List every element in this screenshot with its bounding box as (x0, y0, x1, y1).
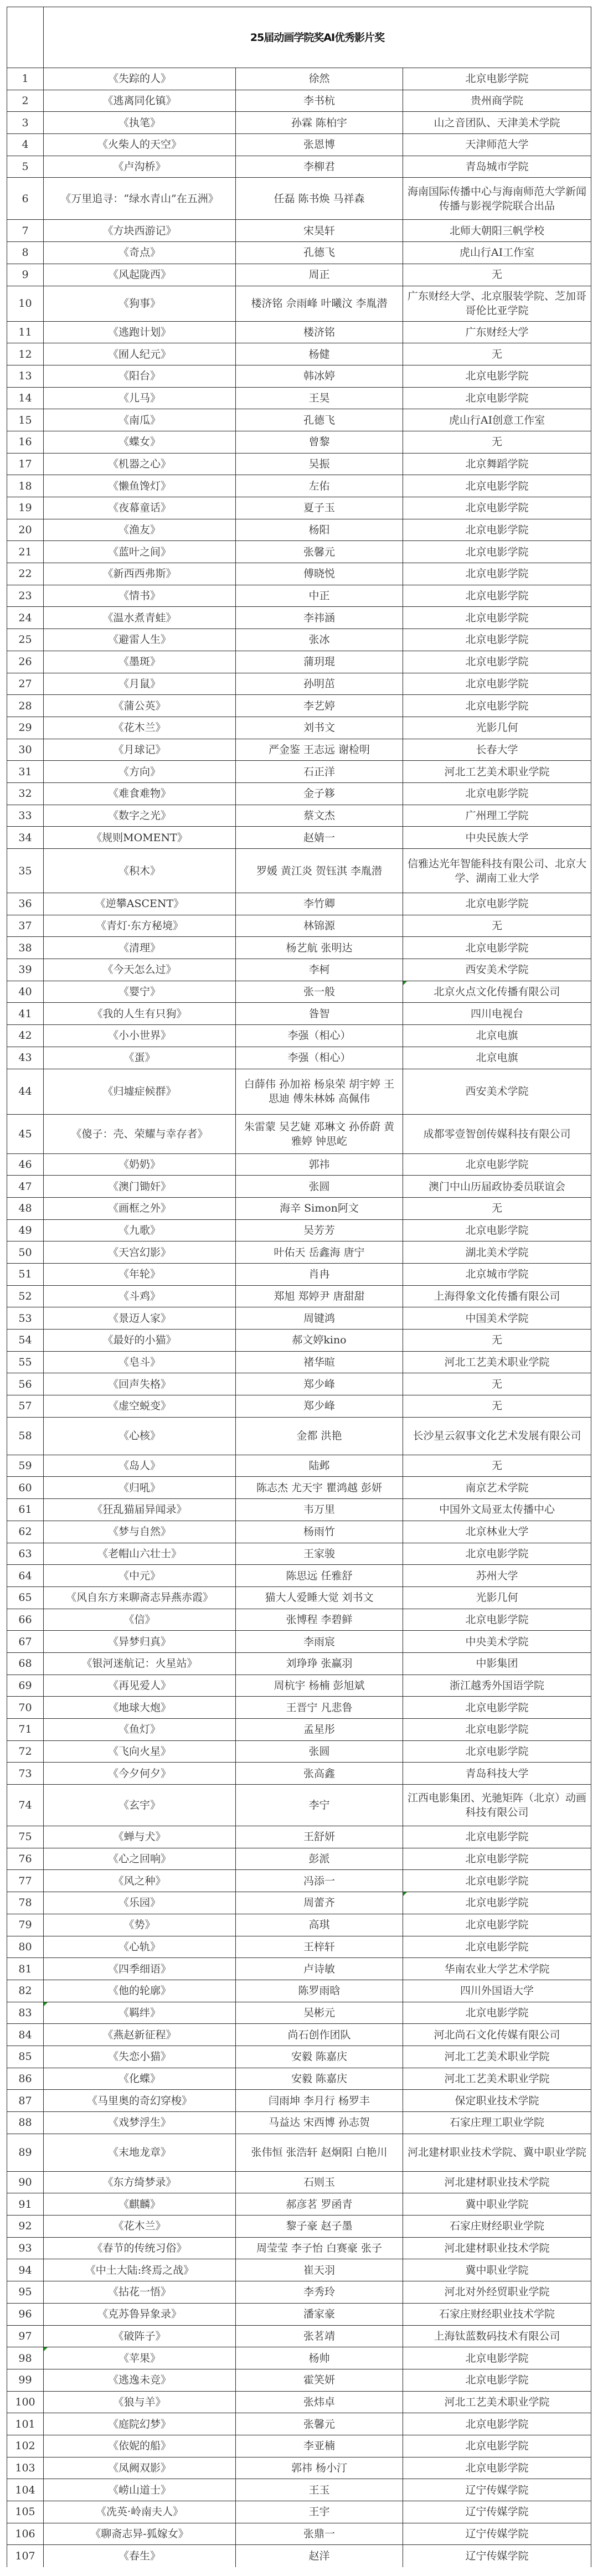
work-title-cell[interactable]: 《聊斋志异-狐嫁女》 (44, 2523, 236, 2545)
organization-cell[interactable]: 冀中职业学院 (403, 2193, 591, 2216)
organization-cell[interactable]: 北京电影学院 (403, 497, 591, 519)
work-title-cell[interactable]: 《他的轮廓》 (44, 1980, 236, 2002)
organization-cell[interactable]: 北京电影学院 (403, 782, 591, 805)
organization-cell[interactable]: 石家庄理工职业学院 (403, 2112, 591, 2134)
organization-cell[interactable]: 长沙星云叙事文化艺术发展有限公司 (403, 1417, 591, 1455)
organization-cell[interactable]: 苏州大学 (403, 1565, 591, 1587)
row-number-cell[interactable]: 53 (7, 1307, 44, 1330)
authors-cell[interactable]: 张茗靖 (236, 2325, 403, 2347)
authors-cell[interactable]: 杨健 (236, 343, 403, 365)
work-title-cell[interactable]: 《失恋小猫》 (44, 2046, 236, 2068)
organization-cell[interactable]: 河北工艺美术职业学院 (403, 1351, 591, 1373)
work-title-cell[interactable]: 《花木兰》 (44, 2216, 236, 2238)
authors-cell[interactable]: 黎子豪 赵子墨 (236, 2216, 403, 2238)
work-title-cell[interactable]: 《风之种》 (44, 1870, 236, 1892)
authors-cell[interactable]: 陆邺 (236, 1455, 403, 1477)
authors-cell[interactable]: 褚华暄 (236, 1351, 403, 1373)
authors-cell[interactable]: 李强（相心） (236, 1025, 403, 1047)
work-title-cell[interactable]: 《方向》 (44, 761, 236, 783)
row-number-cell[interactable]: 100 (7, 2391, 44, 2413)
authors-cell[interactable]: 张馨元 (236, 541, 403, 563)
row-number-cell[interactable]: 64 (7, 1565, 44, 1587)
organization-cell[interactable]: 中央美术学院 (403, 1631, 591, 1653)
organization-cell[interactable]: 中国外文局亚太传播中心 (403, 1499, 591, 1521)
work-title-cell[interactable]: 《今天怎么过》 (44, 959, 236, 981)
organization-cell[interactable]: 北京电影学院 (403, 893, 591, 915)
row-number-cell[interactable]: 88 (7, 2112, 44, 2134)
row-number-cell[interactable]: 99 (7, 2369, 44, 2391)
row-number-cell[interactable]: 70 (7, 1697, 44, 1719)
row-number-cell[interactable]: 11 (7, 321, 44, 343)
row-number-cell[interactable]: 82 (7, 1980, 44, 2002)
row-number-cell[interactable]: 102 (7, 2435, 44, 2457)
authors-cell[interactable]: 潘家豪 (236, 2303, 403, 2325)
organization-cell[interactable]: 四川外国语大学 (403, 1980, 591, 2002)
authors-cell[interactable]: 昝智 (236, 1003, 403, 1025)
authors-cell[interactable]: 宋昊轩 (236, 220, 403, 242)
authors-cell[interactable]: 孔德飞 (236, 242, 403, 264)
organization-cell[interactable]: 北京电影学院 (403, 607, 591, 629)
work-title-cell[interactable]: 《虚空蜕变》 (44, 1395, 236, 1418)
row-number-cell[interactable]: 57 (7, 1395, 44, 1418)
row-number-cell[interactable]: 89 (7, 2134, 44, 2171)
authors-cell[interactable]: 孙明茁 (236, 673, 403, 695)
work-title-cell[interactable]: 《画框之外》 (44, 1197, 236, 1219)
authors-cell[interactable]: 尚石创作团队 (236, 2024, 403, 2046)
organization-cell[interactable]: 北京电影学院 (403, 1740, 591, 1763)
row-number-cell[interactable]: 87 (7, 2090, 44, 2112)
organization-cell[interactable]: 北京电影学院 (403, 1936, 591, 1958)
work-title-cell[interactable]: 《拈花一悟》 (44, 2281, 236, 2304)
authors-cell[interactable]: 李祎涵 (236, 607, 403, 629)
organization-cell[interactable]: 光影几何 (403, 717, 591, 739)
row-number-cell[interactable]: 81 (7, 1958, 44, 1980)
organization-cell[interactable]: 北京电影学院 (403, 651, 591, 673)
authors-cell[interactable]: 杨阳 (236, 519, 403, 541)
work-title-cell[interactable]: 《难食难物》 (44, 782, 236, 805)
authors-cell[interactable]: 霍笑妍 (236, 2369, 403, 2391)
organization-cell[interactable]: 虎山行AI创意工作室 (403, 409, 591, 431)
work-title-cell[interactable]: 《心之回响》 (44, 1848, 236, 1870)
authors-cell[interactable]: 张圆 (236, 1740, 403, 1763)
authors-cell[interactable]: 李艺婷 (236, 695, 403, 717)
row-number-cell[interactable]: 43 (7, 1047, 44, 1069)
authors-cell[interactable]: 张一般 (236, 981, 403, 1003)
authors-cell[interactable]: 郭祎 (236, 1153, 403, 1176)
authors-cell[interactable]: 周正 (236, 264, 403, 286)
row-number-cell[interactable]: 13 (7, 365, 44, 387)
work-title-cell[interactable]: 《情书》 (44, 585, 236, 607)
organization-cell[interactable]: 北京电影学院 (403, 475, 591, 497)
work-title-cell[interactable]: 《今夕何夕》 (44, 1763, 236, 1785)
authors-cell[interactable]: 吴彬元 (236, 2002, 403, 2024)
row-number-cell[interactable]: 35 (7, 849, 44, 893)
work-title-cell[interactable]: 《逆攀ASCENT》 (44, 893, 236, 915)
organization-cell[interactable]: 山之音团队、天津美术学院 (403, 112, 591, 134)
authors-cell[interactable]: 石正洋 (236, 761, 403, 783)
authors-cell[interactable]: 张圆 (236, 1176, 403, 1198)
work-title-cell[interactable]: 《地球大炮》 (44, 1697, 236, 1719)
organization-cell[interactable]: 北京电影学院 (403, 937, 591, 959)
row-number-cell[interactable]: 80 (7, 1936, 44, 1958)
authors-cell[interactable]: 楼济铭 (236, 321, 403, 343)
organization-cell[interactable]: 上海得象文化传播有限公司 (403, 1285, 591, 1307)
authors-cell[interactable]: 李竹卿 (236, 893, 403, 915)
organization-cell[interactable]: 南京艺术学院 (403, 1477, 591, 1499)
row-number-cell[interactable]: 15 (7, 409, 44, 431)
row-number-cell[interactable]: 41 (7, 1003, 44, 1025)
work-title-cell[interactable]: 《再见爱人》 (44, 1675, 236, 1697)
authors-cell[interactable]: 王昊 (236, 387, 403, 409)
row-number-cell[interactable]: 74 (7, 1785, 44, 1826)
organization-cell[interactable]: 江西电影集团、光驰矩阵（北京）动画科技有限公司 (403, 1785, 591, 1826)
row-number-cell[interactable]: 63 (7, 1543, 44, 1565)
authors-cell[interactable]: 李宁 (236, 1785, 403, 1826)
work-title-cell[interactable]: 《风起陇西》 (44, 264, 236, 286)
row-number-cell[interactable]: 67 (7, 1631, 44, 1653)
organization-cell[interactable]: 河北建材职业技术学院、冀中职业学院 (403, 2134, 591, 2171)
row-number-cell[interactable]: 92 (7, 2216, 44, 2238)
work-title-cell[interactable]: 《中土大陆:终焉之战》 (44, 2259, 236, 2281)
row-number-cell[interactable]: 46 (7, 1153, 44, 1176)
work-title-cell[interactable]: 《温水煮青蛙》 (44, 607, 236, 629)
authors-cell[interactable]: 高琪 (236, 1914, 403, 1936)
authors-cell[interactable]: 赵洋 (236, 2545, 403, 2567)
organization-cell[interactable]: 青岛科技大学 (403, 1763, 591, 1785)
work-title-cell[interactable]: 《囿人纪元》 (44, 343, 236, 365)
organization-cell[interactable]: 天津师范大学 (403, 134, 591, 156)
work-title-cell[interactable]: 《方块西游记》 (44, 220, 236, 242)
row-number-cell[interactable]: 60 (7, 1477, 44, 1499)
row-number-cell[interactable]: 91 (7, 2193, 44, 2216)
row-number-cell[interactable]: 86 (7, 2068, 44, 2090)
row-number-cell[interactable]: 17 (7, 453, 44, 475)
organization-cell[interactable]: 辽宁传媒学院 (403, 2479, 591, 2501)
row-number-cell[interactable]: 33 (7, 805, 44, 827)
work-title-cell[interactable]: 《皂斗》 (44, 1351, 236, 1373)
work-title-cell[interactable]: 《克苏鲁异象录》 (44, 2303, 236, 2325)
row-number-cell[interactable]: 10 (7, 286, 44, 321)
row-number-cell[interactable]: 7 (7, 220, 44, 242)
organization-cell[interactable]: 北京电旗 (403, 1047, 591, 1069)
organization-cell[interactable]: 广州理工学院 (403, 805, 591, 827)
organization-cell[interactable]: 无 (403, 1330, 591, 1352)
organization-cell[interactable]: 冀中职业学院 (403, 2259, 591, 2281)
work-title-cell[interactable]: 《化蝶》 (44, 2068, 236, 2090)
row-number-cell[interactable]: 84 (7, 2024, 44, 2046)
row-number-cell[interactable]: 93 (7, 2237, 44, 2259)
work-title-cell[interactable]: 《懒鱼馋灯》 (44, 475, 236, 497)
work-title-cell[interactable]: 《风自东方来聊斋志异燕赤霞》 (44, 1586, 236, 1609)
authors-cell[interactable]: 王宇 (236, 2501, 403, 2523)
row-number-cell[interactable]: 14 (7, 387, 44, 409)
row-number-cell[interactable]: 62 (7, 1521, 44, 1543)
authors-cell[interactable]: 左佑 (236, 475, 403, 497)
row-number-cell[interactable]: 1 (7, 68, 44, 90)
organization-cell[interactable]: 澳门中山历届政协委员联谊会 (403, 1176, 591, 1198)
row-number-cell[interactable]: 29 (7, 717, 44, 739)
row-number-cell[interactable]: 19 (7, 497, 44, 519)
row-number-cell[interactable]: 22 (7, 563, 44, 585)
authors-cell[interactable]: 安毅 陈嘉庆 (236, 2046, 403, 2068)
row-number-cell[interactable]: 90 (7, 2171, 44, 2193)
authors-cell[interactable]: 卢诗敏 (236, 1958, 403, 1980)
organization-cell[interactable]: 北师大朝阳三帆学校 (403, 220, 591, 242)
row-number-cell[interactable]: 59 (7, 1455, 44, 1477)
organization-cell[interactable]: 无 (403, 915, 591, 937)
work-title-cell[interactable]: 《玄宇》 (44, 1785, 236, 1826)
row-number-cell[interactable]: 55 (7, 1351, 44, 1373)
row-number-cell[interactable]: 3 (7, 112, 44, 134)
work-title-cell[interactable]: 《月球记》 (44, 739, 236, 761)
organization-cell[interactable]: 河北工艺美术职业学院 (403, 2391, 591, 2413)
organization-cell[interactable]: 北京电影学院 (403, 365, 591, 387)
work-title-cell[interactable]: 《梦与自然》 (44, 1521, 236, 1543)
work-title-cell[interactable]: 《蝶女》 (44, 431, 236, 453)
organization-cell[interactable]: 海南国际传播中心与海南师范大学新闻传播与影视学院联合出品 (403, 178, 591, 220)
row-number-cell[interactable]: 85 (7, 2046, 44, 2068)
row-number-cell[interactable]: 27 (7, 673, 44, 695)
row-number-cell[interactable]: 9 (7, 264, 44, 286)
work-title-cell[interactable]: 《末地龙章》 (44, 2134, 236, 2171)
work-title-cell[interactable]: 《中元》 (44, 1565, 236, 1587)
row-number-cell[interactable]: 77 (7, 1870, 44, 1892)
row-number-cell[interactable]: 78 (7, 1892, 44, 1914)
authors-cell[interactable]: 郑少峰 (236, 1395, 403, 1418)
organization-cell[interactable]: 无 (403, 1455, 591, 1477)
work-title-cell[interactable]: 《凤阙双影》 (44, 2457, 236, 2479)
organization-cell[interactable]: 北京电影学院 (403, 1219, 591, 1241)
row-number-cell[interactable]: 28 (7, 695, 44, 717)
organization-cell[interactable]: 河北工艺美术职业学院 (403, 761, 591, 783)
work-title-cell[interactable]: 《逃离同化镇》 (44, 90, 236, 112)
work-title-cell[interactable]: 《岛人》 (44, 1455, 236, 1477)
work-title-cell[interactable]: 《年轮》 (44, 1263, 236, 1285)
organization-cell[interactable]: 无 (403, 431, 591, 453)
organization-cell[interactable]: 北京电影学院 (403, 519, 591, 541)
organization-cell[interactable]: 无 (403, 1197, 591, 1219)
work-title-cell[interactable]: 《清理》 (44, 937, 236, 959)
organization-cell[interactable]: 河北工艺美术职业学院 (403, 2068, 591, 2090)
organization-cell[interactable]: 北京电影学院 (403, 1719, 591, 1741)
work-title-cell[interactable]: 《归吼》 (44, 1477, 236, 1499)
work-title-cell[interactable]: 《苹果》 (44, 2347, 236, 2369)
row-number-cell[interactable]: 105 (7, 2501, 44, 2523)
row-number-cell[interactable]: 30 (7, 739, 44, 761)
organization-cell[interactable]: 华南农业大学艺术学院 (403, 1958, 591, 1980)
work-title-cell[interactable]: 《机器之心》 (44, 453, 236, 475)
row-number-cell[interactable]: 73 (7, 1763, 44, 1785)
work-title-cell[interactable]: 《数字之光》 (44, 805, 236, 827)
work-title-cell[interactable]: 《老帽山六壮士》 (44, 1543, 236, 1565)
work-title-cell[interactable]: 《势》 (44, 1914, 236, 1936)
organization-cell[interactable]: 无 (403, 1373, 591, 1395)
organization-cell[interactable]: 湖北美术学院 (403, 1241, 591, 1264)
authors-cell[interactable]: 安毅 陈嘉庆 (236, 2068, 403, 2090)
authors-cell[interactable]: 闫雨坤 李月行 杨罗丰 (236, 2090, 403, 2112)
organization-cell[interactable]: 北京电影学院 (403, 1153, 591, 1176)
row-number-cell[interactable]: 45 (7, 1114, 44, 1153)
authors-cell[interactable]: 崔天羽 (236, 2259, 403, 2281)
work-title-cell[interactable]: 《青灯·东方秘境》 (44, 915, 236, 937)
organization-cell[interactable]: 北京城市学院 (403, 1263, 591, 1285)
authors-cell[interactable]: 石则玉 (236, 2171, 403, 2193)
authors-cell[interactable]: 周莹莹 李子怡 白赛豪 张子 (236, 2237, 403, 2259)
organization-cell[interactable]: 西安美术学院 (403, 959, 591, 981)
row-number-cell[interactable]: 58 (7, 1417, 44, 1455)
organization-cell[interactable]: 贵州商学院 (403, 90, 591, 112)
work-title-cell[interactable]: 《婴宁》 (44, 981, 236, 1003)
organization-cell[interactable]: 北京电影学院 (403, 695, 591, 717)
work-title-cell[interactable]: 《天宫幻影》 (44, 1241, 236, 1264)
organization-cell[interactable]: 北京电影学院 (403, 1543, 591, 1565)
row-number-cell[interactable]: 4 (7, 134, 44, 156)
organization-cell[interactable]: 北京电影学院 (403, 387, 591, 409)
row-number-cell[interactable]: 32 (7, 782, 44, 805)
work-title-cell[interactable]: 《东方绮梦录》 (44, 2171, 236, 2193)
authors-cell[interactable]: 李柯 (236, 959, 403, 981)
organization-cell[interactable]: 北京林业大学 (403, 1521, 591, 1543)
organization-cell[interactable]: 辽宁传媒学院 (403, 2501, 591, 2523)
authors-cell[interactable]: 李书杭 (236, 90, 403, 112)
work-title-cell[interactable]: 《依妮的船》 (44, 2435, 236, 2457)
work-title-cell[interactable]: 《夜幕童话》 (44, 497, 236, 519)
organization-cell[interactable]: 北京舞蹈学院 (403, 453, 591, 475)
authors-cell[interactable]: 徐然 (236, 68, 403, 90)
organization-cell[interactable]: 中央民族大学 (403, 827, 591, 849)
authors-cell[interactable]: 李秀玲 (236, 2281, 403, 2304)
organization-cell[interactable]: 西安美术学院 (403, 1069, 591, 1114)
row-number-cell[interactable]: 103 (7, 2457, 44, 2479)
authors-cell[interactable]: 孙霖 陈柏宇 (236, 112, 403, 134)
authors-cell[interactable]: 中正 (236, 585, 403, 607)
row-number-cell[interactable]: 47 (7, 1176, 44, 1198)
row-number-cell[interactable]: 72 (7, 1740, 44, 1763)
organization-cell[interactable]: 中影集团 (403, 1652, 591, 1675)
organization-cell[interactable]: 石家庄财经职业学院 (403, 2216, 591, 2238)
authors-cell[interactable]: 冯添一 (236, 1870, 403, 1892)
work-title-cell[interactable]: 《规则MOMENT》 (44, 827, 236, 849)
work-title-cell[interactable]: 《回声失格》 (44, 1373, 236, 1395)
organization-cell[interactable]: 河北建材职业技术学院 (403, 2237, 591, 2259)
authors-cell[interactable]: 严金鉴 王志远 谢检明 (236, 739, 403, 761)
row-number-cell[interactable]: 6 (7, 178, 44, 220)
authors-cell[interactable]: 郑旭 郑婷尹 唐甜甜 (236, 1285, 403, 1307)
work-title-cell[interactable]: 《九歌》 (44, 1219, 236, 1241)
work-title-cell[interactable]: 《心核》 (44, 1417, 236, 1455)
work-title-cell[interactable]: 《月鼠》 (44, 673, 236, 695)
organization-cell[interactable]: 上海钛蓝数码技术有限公司 (403, 2325, 591, 2347)
row-number-cell[interactable]: 12 (7, 343, 44, 365)
work-title-cell[interactable]: 《燕赵新征程》 (44, 2024, 236, 2046)
row-number-cell[interactable]: 51 (7, 1263, 44, 1285)
row-number-cell[interactable]: 95 (7, 2281, 44, 2304)
row-number-cell[interactable]: 16 (7, 431, 44, 453)
authors-cell[interactable]: 王梓轩 (236, 1936, 403, 1958)
authors-cell[interactable]: 韩冰婷 (236, 365, 403, 387)
authors-cell[interactable]: 王晋宁 凡悲鲁 (236, 1697, 403, 1719)
authors-cell[interactable]: 王舒妍 (236, 1826, 403, 1848)
row-number-cell[interactable]: 24 (7, 607, 44, 629)
work-title-cell[interactable]: 《飞向火星》 (44, 1740, 236, 1763)
authors-cell[interactable]: 马益达 宋西博 孙志贺 (236, 2112, 403, 2134)
row-number-cell[interactable]: 34 (7, 827, 44, 849)
work-title-cell[interactable]: 《斗鸡》 (44, 1285, 236, 1307)
authors-cell[interactable]: 张恩博 (236, 134, 403, 156)
authors-cell[interactable]: 赵婧一 (236, 827, 403, 849)
row-number-cell[interactable]: 42 (7, 1025, 44, 1047)
organization-cell[interactable]: 辽宁传媒学院 (403, 2523, 591, 2545)
row-number-cell[interactable]: 69 (7, 1675, 44, 1697)
row-number-cell[interactable]: 36 (7, 893, 44, 915)
organization-cell[interactable]: 保定职业技术学院 (403, 2090, 591, 2112)
work-title-cell[interactable]: 《麒麟》 (44, 2193, 236, 2216)
row-number-cell[interactable]: 2 (7, 90, 44, 112)
authors-cell[interactable]: 肖冉 (236, 1263, 403, 1285)
row-number-cell[interactable]: 56 (7, 1373, 44, 1395)
row-number-cell[interactable]: 18 (7, 475, 44, 497)
organization-cell[interactable]: 北京电影学院 (403, 1609, 591, 1631)
work-title-cell[interactable]: 《狼与羊》 (44, 2391, 236, 2413)
work-title-cell[interactable]: 《失踪的人》 (44, 68, 236, 90)
organization-cell[interactable]: 北京电影学院 (403, 563, 591, 585)
authors-cell[interactable]: 李强（相心） (236, 1047, 403, 1069)
organization-cell[interactable]: 北京电影学院 (403, 2457, 591, 2479)
work-title-cell[interactable]: 《春生》 (44, 2545, 236, 2567)
work-title-cell[interactable]: 《归墟症候群》 (44, 1069, 236, 1114)
organization-cell[interactable]: 北京电影学院 (403, 1870, 591, 1892)
authors-cell[interactable]: 王家骏 (236, 1543, 403, 1565)
authors-cell[interactable]: 周杭宇 杨楠 彭旭斌 (236, 1675, 403, 1697)
authors-cell[interactable]: 张炜卓 (236, 2391, 403, 2413)
authors-cell[interactable]: 蔡文杰 (236, 805, 403, 827)
work-title-cell[interactable]: 《心轨》 (44, 1936, 236, 1958)
organization-cell[interactable]: 中国美术学院 (403, 1307, 591, 1330)
work-title-cell[interactable]: 《破阵子》 (44, 2325, 236, 2347)
organization-cell[interactable]: 北京电影学院 (403, 1848, 591, 1870)
authors-cell[interactable]: 张冰 (236, 629, 403, 651)
work-title-cell[interactable]: 《执笔》 (44, 112, 236, 134)
organization-cell[interactable]: 石家庄财经职业技术学院 (403, 2303, 591, 2325)
organization-cell[interactable]: 河北工艺美术职业学院 (403, 2046, 591, 2068)
organization-cell[interactable]: 北京电影学院 (403, 1914, 591, 1936)
row-number-cell[interactable]: 23 (7, 585, 44, 607)
authors-cell[interactable]: 郭祎 杨小汀 (236, 2457, 403, 2479)
work-title-cell[interactable]: 《蓝叶之间》 (44, 541, 236, 563)
organization-cell[interactable]: 北京电影学院 (403, 2369, 591, 2391)
authors-cell[interactable]: 彭派 (236, 1848, 403, 1870)
row-number-cell[interactable]: 39 (7, 959, 44, 981)
row-number-cell[interactable]: 21 (7, 541, 44, 563)
row-number-cell[interactable]: 48 (7, 1197, 44, 1219)
work-title-cell[interactable]: 《逃跑计划》 (44, 321, 236, 343)
organization-cell[interactable]: 广东财经大学 (403, 321, 591, 343)
row-number-cell[interactable]: 83 (7, 2002, 44, 2024)
row-number-cell[interactable]: 8 (7, 242, 44, 264)
row-number-cell[interactable]: 107 (7, 2545, 44, 2567)
work-title-cell[interactable]: 《逃逸未竞》 (44, 2369, 236, 2391)
row-number-cell[interactable]: 98 (7, 2347, 44, 2369)
row-number-cell[interactable]: 104 (7, 2479, 44, 2501)
authors-cell[interactable]: 王玉 (236, 2479, 403, 2501)
work-title-cell[interactable]: 《乐园》 (44, 1892, 236, 1914)
row-number-cell[interactable]: 49 (7, 1219, 44, 1241)
authors-cell[interactable]: 杨帅 (236, 2347, 403, 2369)
organization-cell[interactable]: 北京电旗 (403, 1025, 591, 1047)
organization-cell[interactable]: 北京电影学院 (403, 1826, 591, 1848)
row-number-cell[interactable]: 76 (7, 1848, 44, 1870)
organization-cell[interactable]: 广东财经大学、北京服装学院、芝加哥哥伦比亚学院 (403, 286, 591, 321)
